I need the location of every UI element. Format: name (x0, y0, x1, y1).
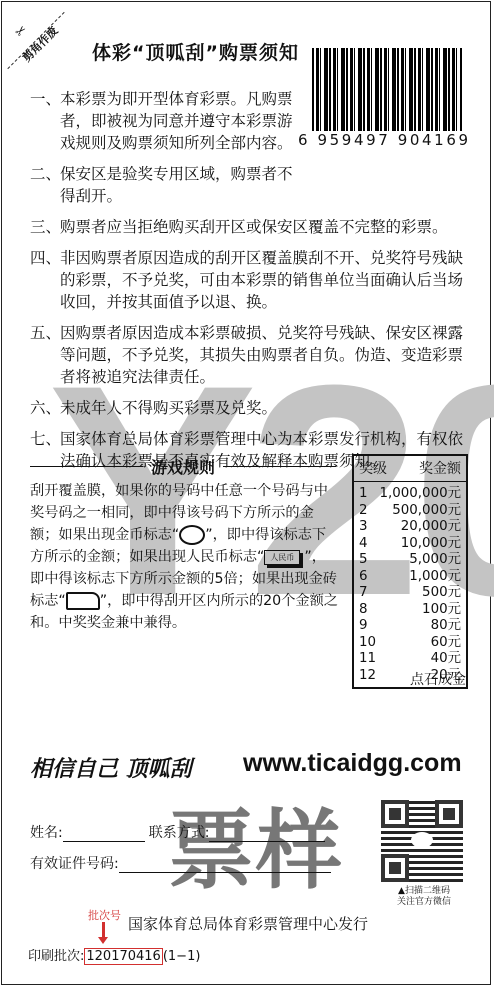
table-row: 2500,000元 (359, 503, 461, 520)
qr-code[interactable] (381, 800, 463, 882)
down-arrow-icon (102, 922, 105, 938)
table-row: 11,000,000元 (359, 486, 461, 503)
prize-level: 11 (359, 651, 376, 668)
id-number-row: 有效证件号码: (30, 853, 331, 873)
qr-caption-line: ▲扫描二维码 (382, 886, 466, 897)
gold-brick-icon (66, 592, 100, 610)
table-row: 1140元 (359, 651, 461, 668)
gold-coin-icon (179, 525, 205, 545)
notice-item: 五、 因购票者原因造成本彩票破损、兑奖符号残缺、保安区裸露等问题，不予兑奖，其损… (30, 322, 470, 388)
prize-level: 3 (359, 519, 368, 536)
print-batch-label: 印刷批次: (28, 949, 84, 964)
purchase-notice-list: 一、 本彩票为即开型体育彩票。凡购票者，即被视为同意并遵守本彩票游戏规则及购票须… (30, 88, 470, 481)
prize-level: 2 (359, 503, 368, 520)
table-row: 410,000元 (359, 536, 461, 553)
prize-amount: 60元 (431, 635, 461, 652)
divider (30, 466, 143, 467)
prize-level: 12 (359, 668, 376, 685)
qr-caption-line: 关注官方微信 (382, 897, 466, 908)
prize-amount: 1,000,000元 (379, 486, 461, 503)
game-rules-title: 游戏规则 (143, 455, 223, 478)
notice-text: 非因购票者原因造成的刮开区覆盖膜刮不开、兑奖符号残缺的彩票，不予兑奖，可由本彩票… (60, 247, 470, 313)
name-contact-row: 姓名: 联系方式: (30, 822, 325, 842)
prize-table-body: 11,000,000元 2500,000元 320,000元 410,000元 … (354, 482, 466, 687)
notice-item: 二、 保安区是验奖专用区域，购票者不得刮开。 (30, 163, 300, 207)
prize-table: 奖级 奖金额 11,000,000元 2500,000元 320,000元 41… (352, 454, 468, 689)
prize-amount: 500元 (422, 585, 461, 602)
prize-level: 5 (359, 552, 368, 569)
qr-logo-icon (411, 832, 433, 848)
notice-number: 三、 (30, 216, 60, 238)
contact-field[interactable] (209, 827, 325, 842)
prize-amount: 1,000元 (409, 569, 461, 586)
notice-number: 四、 (30, 247, 60, 313)
prize-level: 7 (359, 585, 368, 602)
notice-number: 五、 (30, 322, 60, 388)
notice-number: 一、 (30, 88, 60, 154)
id-number-field[interactable] (119, 858, 331, 873)
prize-amount: 5,000元 (409, 552, 461, 569)
notice-item: 四、 非因购票者原因造成的刮开区覆盖膜刮不开、兑奖符号残缺的彩票，不予兑奖，可由… (30, 247, 470, 313)
id-number-label: 有效证件号码: (30, 853, 119, 873)
table-row: 8100元 (359, 602, 461, 619)
prize-table-caption: 点石成金 (410, 669, 466, 689)
qr-finder (381, 854, 409, 882)
cut-corner: ✂ 剪角作废 (2, 2, 72, 72)
prize-amount: 100元 (422, 602, 461, 619)
table-row: 61,000元 (359, 569, 461, 586)
name-field[interactable] (63, 827, 145, 842)
prize-amount: 10,000元 (401, 536, 461, 553)
prize-level: 6 (359, 569, 368, 586)
prize-amount: 80元 (431, 618, 461, 635)
qr-caption: ▲扫描二维码 关注官方微信 (382, 886, 466, 908)
qr-finder (435, 800, 463, 828)
print-batch-line: 印刷批次:120170416(1−1) (28, 945, 200, 964)
prize-amount: 40元 (431, 651, 461, 668)
game-rules-text: 刮开覆盖膜，如果你的号码中任意一个号码与中奖号码之一相同，即中得该号码下方所示的… (30, 480, 338, 634)
rmb-symbol-icon: 人民币 (264, 550, 300, 565)
prize-level: 8 (359, 602, 368, 619)
notice-item: 六、 未成年人不得购买彩票及兑奖。 (30, 397, 470, 419)
notice-number: 六、 (30, 397, 60, 419)
name-label: 姓名: (30, 822, 63, 842)
sample-watermark: 票样 (168, 808, 344, 894)
scissors-icon: ✂ (12, 22, 30, 40)
notice-number: 二、 (30, 163, 60, 207)
divider (223, 466, 336, 467)
batch-number: 120170416 (84, 948, 162, 965)
slogan-logo: 相信自己 顶呱刮 (30, 752, 192, 783)
issuer-text: 国家体育总局体育彩票管理中心发行 (128, 913, 368, 934)
header-level: 奖级 (359, 458, 387, 478)
notice-text: 未成年人不得购买彩票及兑奖。 (60, 397, 470, 419)
notice-item: 一、 本彩票为即开型体育彩票。凡购票者，即被视为同意并遵守本彩票游戏规则及购票须… (30, 88, 300, 154)
prize-level: 4 (359, 536, 368, 553)
notice-title: 体彩“顶呱刮”购票须知 (92, 38, 299, 65)
notice-text: 本彩票为即开型体育彩票。凡购票者，即被视为同意并遵守本彩票游戏规则及购票须知所列… (60, 88, 300, 154)
table-row: 320,000元 (359, 519, 461, 536)
prize-level: 10 (359, 635, 376, 652)
notice-text: 保安区是验奖专用区域，购票者不得刮开。 (60, 163, 300, 207)
header-amount: 奖金额 (419, 458, 461, 478)
notice-item: 三、 购票者应当拒绝购买刮开区或保安区覆盖不完整的彩票。 (30, 216, 470, 238)
table-row: 1060元 (359, 635, 461, 652)
website-url: www.ticaidgg.com (243, 749, 462, 778)
batch-suffix: (1−1) (163, 949, 201, 964)
notice-text: 购票者应当拒绝购买刮开区或保安区覆盖不完整的彩票。 (60, 216, 470, 238)
batch-annotation-label: 批次号 (88, 907, 121, 923)
prize-amount: 20,000元 (401, 519, 461, 536)
contact-label: 联系方式: (149, 822, 210, 842)
table-row: 980元 (359, 618, 461, 635)
table-row: 55,000元 (359, 552, 461, 569)
qr-finder (381, 800, 409, 828)
prize-table-header: 奖级 奖金额 (354, 456, 466, 482)
game-rules-heading: 游戏规则 (30, 455, 336, 478)
notice-text: 因购票者原因造成本彩票破损、兑奖符号残缺、保安区裸露等问题，不予兑奖，其损失由购… (60, 322, 470, 388)
table-row: 7500元 (359, 585, 461, 602)
prize-level: 9 (359, 618, 368, 635)
prize-level: 1 (359, 486, 368, 503)
prize-amount: 500,000元 (392, 503, 461, 520)
